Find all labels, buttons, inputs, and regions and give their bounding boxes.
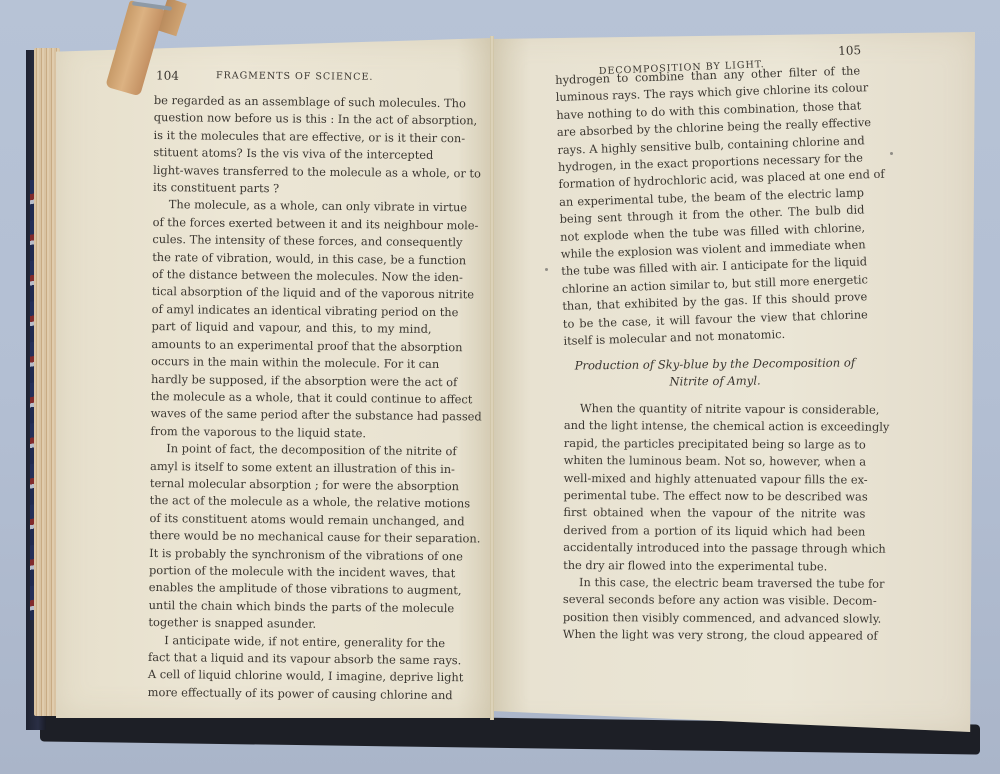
- section-heading: Production of Sky-blue by the Decomposit…: [560, 354, 870, 391]
- clothespin-front-jaw: [105, 0, 164, 96]
- text-line: first obtained when the vapour of the ni…: [563, 504, 865, 523]
- text-line: accidentally introduced into the passage…: [563, 539, 865, 558]
- text-line: several seconds before any action was vi…: [563, 591, 865, 610]
- left-running-head: 104 FRAGMENTS OF SCIENCE.: [156, 69, 436, 86]
- text-line: whiten the luminous beam. Not so, howeve…: [564, 452, 866, 471]
- paper-speck: [545, 268, 548, 271]
- text-line: rapid, the particles precipitated being …: [564, 435, 866, 454]
- text-line: When the light was very strong, the clou…: [563, 626, 865, 645]
- book-photo-scene: 104 FRAGMENTS OF SCIENCE. DECOMPOSITION …: [0, 0, 1000, 774]
- right-page-body-bottom: When the quantity of nitrite vapour is c…: [563, 400, 866, 645]
- text-line: In this case, the electric beam traverse…: [563, 574, 865, 593]
- left-running-title: FRAGMENTS OF SCIENCE.: [216, 70, 374, 83]
- book-gutter: [490, 36, 494, 720]
- text-line: When the quantity of nitrite vapour is c…: [564, 400, 866, 419]
- text-line: derived from a portion of its liquid whi…: [563, 522, 865, 541]
- text-line: the dry air flowed into the experimental…: [563, 557, 865, 576]
- section-heading-line-1: Production of Sky-blue by the Decomposit…: [560, 354, 870, 374]
- paper-speck: [890, 152, 893, 155]
- text-line: well-mixed and highly attenuated vapour …: [564, 470, 866, 489]
- text-line: In point of fact, the decomposition of t…: [150, 440, 430, 460]
- text-line: and the light intense, the chemical acti…: [564, 417, 866, 436]
- text-line: more effectually of its power of causing…: [148, 684, 428, 704]
- right-page-body-top: hydrogen to combine than any other filte…: [555, 62, 869, 350]
- section-heading-line-2: Nitrite of Amyl.: [560, 371, 870, 391]
- right-page-number: 105: [838, 43, 861, 58]
- text-line: occurs in the main within the molecule. …: [151, 353, 431, 373]
- left-page-body: be regarded as an assemblage of such mol…: [148, 92, 434, 704]
- text-line: position then visibly commenced, and adv…: [563, 609, 865, 628]
- text-line: perimental tube. The effect now to be de…: [563, 487, 865, 506]
- wooden-clothespin: [102, 0, 164, 92]
